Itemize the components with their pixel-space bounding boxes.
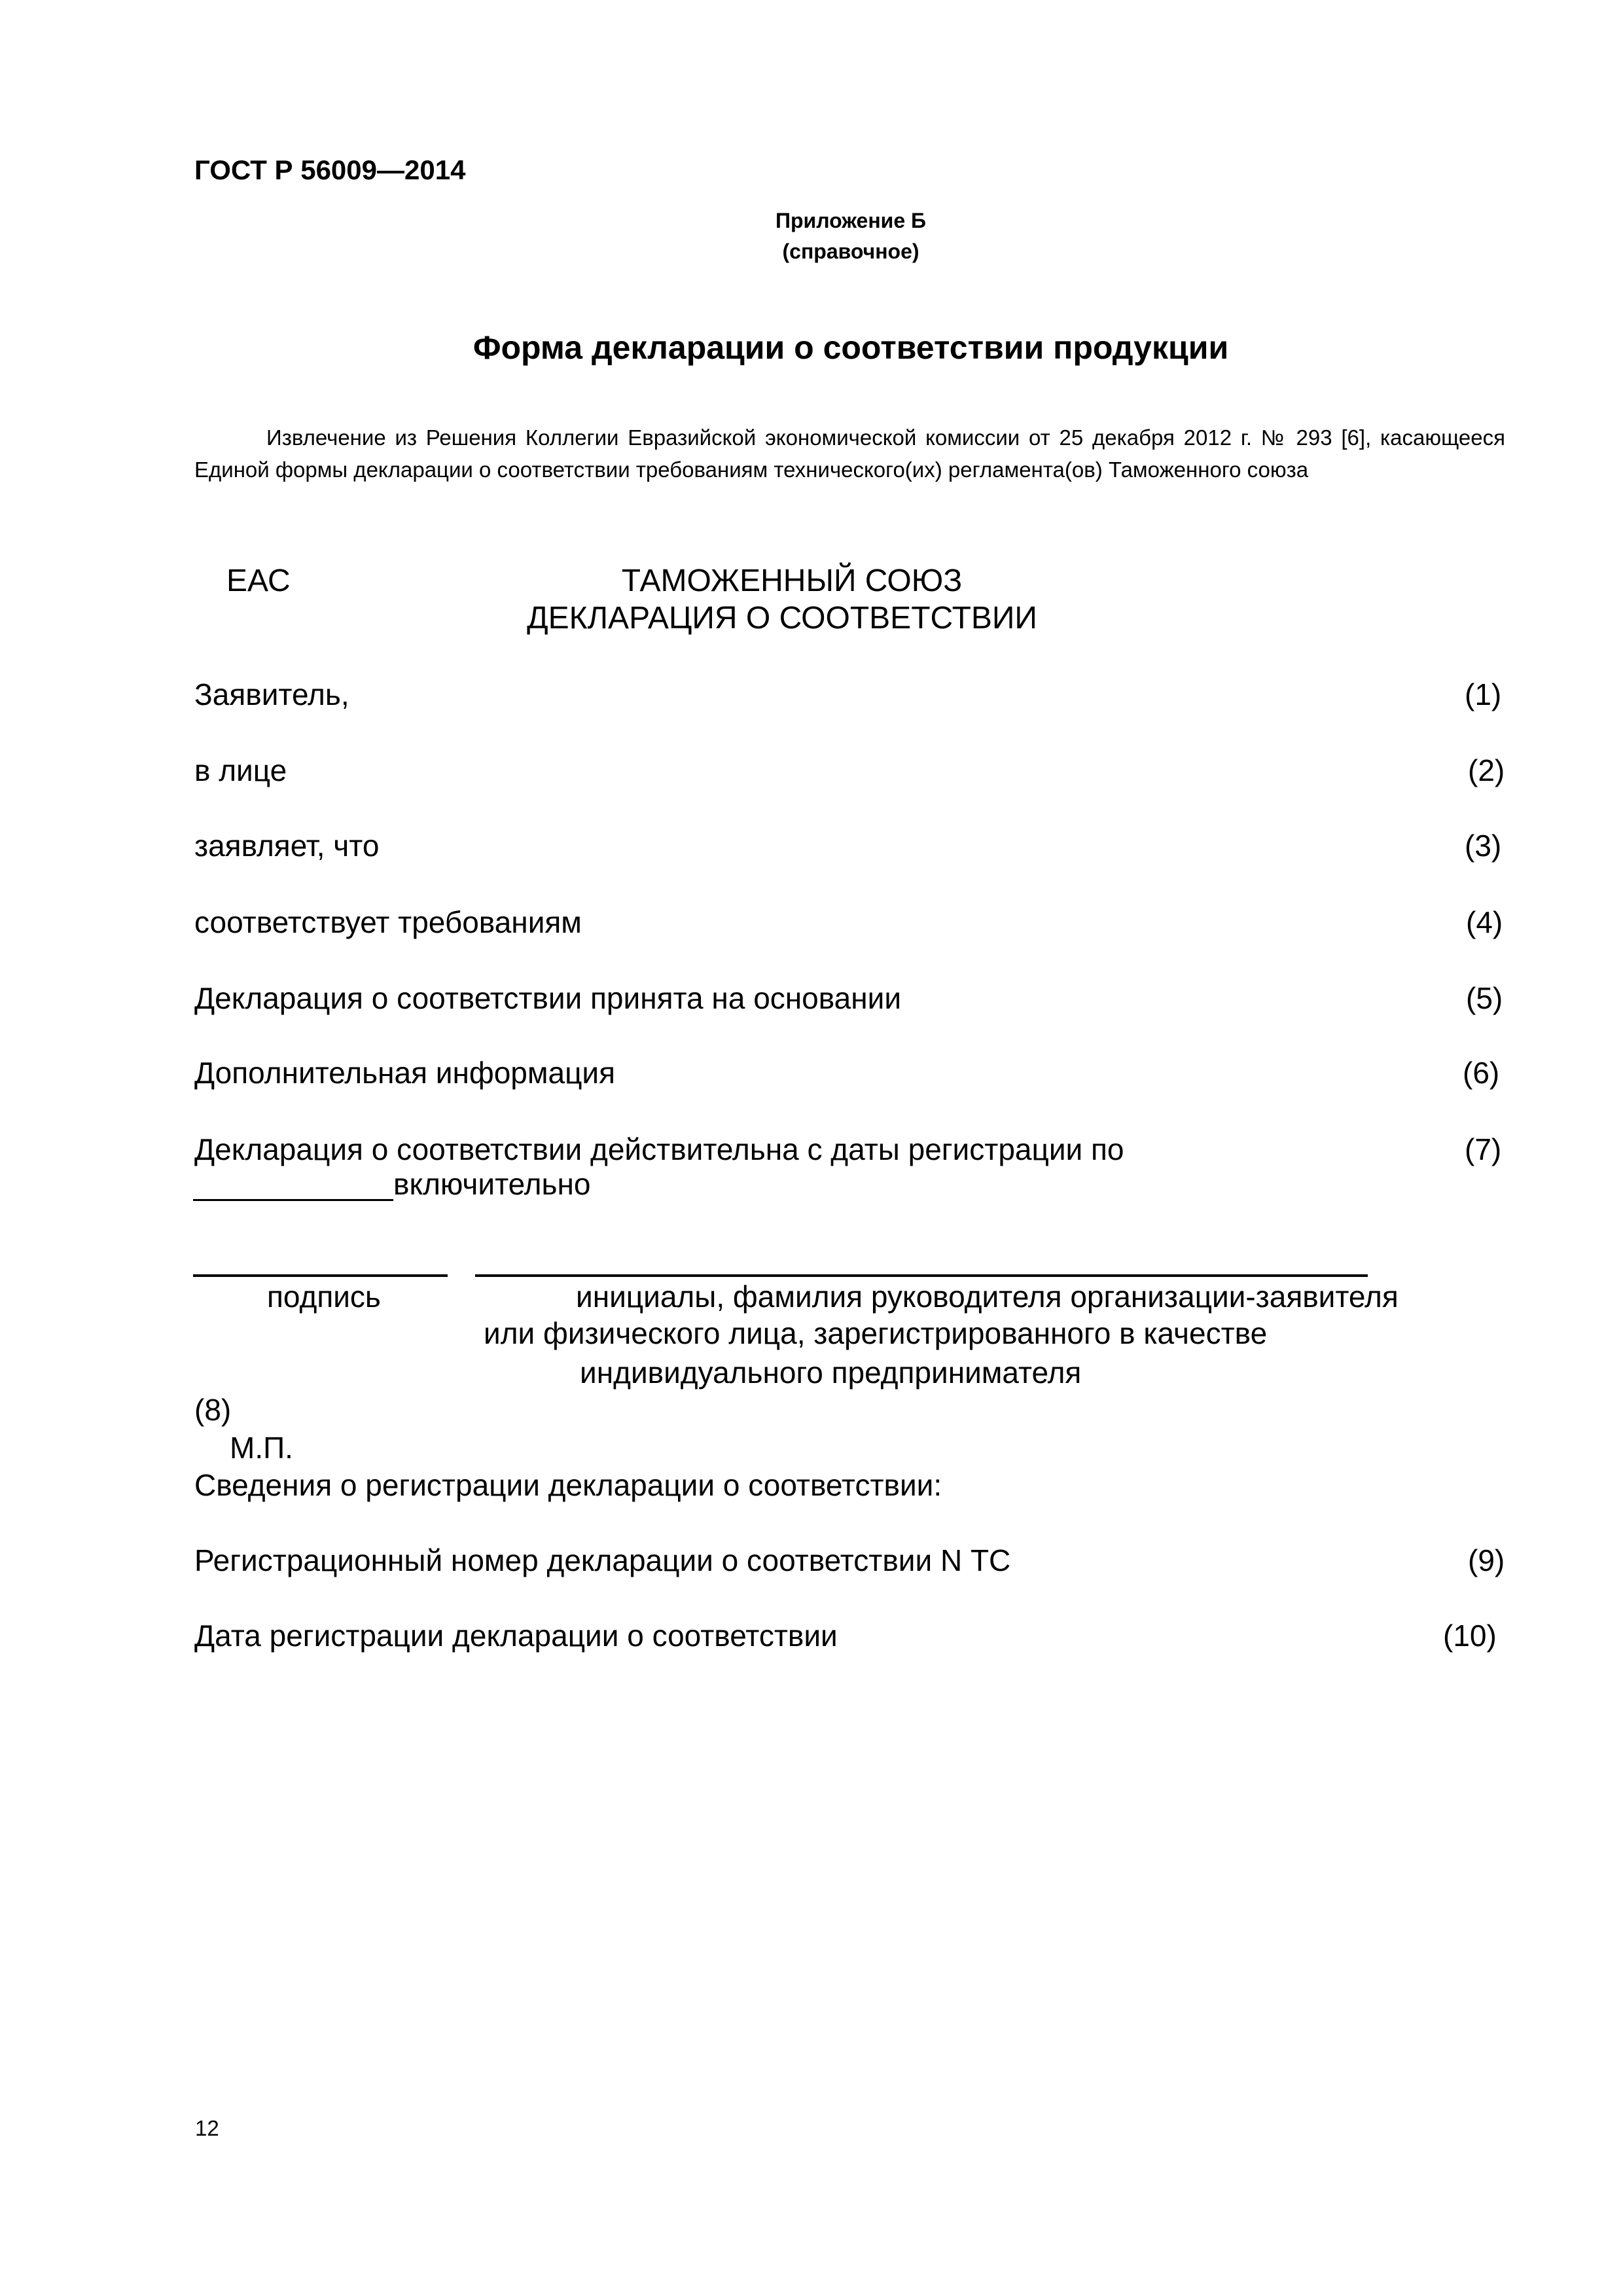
- field-label-registration-number: Регистрационный номер декларации о соотв…: [194, 1545, 1010, 1575]
- declaration-heading: ДЕКЛАРАЦИЯ О СООТВЕТСТВИИ: [0, 603, 1564, 634]
- name-line: [475, 1274, 1368, 1277]
- intro-paragraph: Извлечение из Решения Коллегии Евразийск…: [194, 422, 1505, 486]
- appendix-label: Приложение Б: [0, 210, 1623, 231]
- field-label-conforms: соответствует требованиям: [194, 907, 582, 937]
- field-number-4: (4): [1466, 907, 1503, 937]
- validity-date-blank: [193, 1199, 393, 1201]
- field-label-represented-by: в лице: [194, 755, 287, 785]
- field-number-8: (8): [194, 1395, 231, 1425]
- field-label-registration-date: Дата регистрации декларации о соответств…: [194, 1621, 838, 1651]
- field-number-6: (6): [1463, 1058, 1499, 1088]
- stamp-placeholder: М.П.: [230, 1433, 293, 1463]
- field-label-additional-info: Дополнительная информация: [194, 1058, 615, 1088]
- signature-line: [193, 1274, 448, 1277]
- registration-heading: Сведения о регистрации декларации о соот…: [194, 1470, 942, 1500]
- page-title: Форма декларации о соответствии продукци…: [0, 331, 1623, 364]
- field-label-declares: заявляет, что: [194, 831, 379, 861]
- signature-caption: подпись: [267, 1282, 381, 1312]
- field-continuation-inclusive: включительно: [393, 1169, 590, 1199]
- page-number: 12: [195, 2117, 219, 2139]
- field-label-basis: Декларация о соответствии принята на осн…: [194, 983, 901, 1013]
- field-number-9: (9): [1468, 1545, 1505, 1575]
- field-number-7: (7): [1465, 1134, 1501, 1164]
- field-label-validity: Декларация о соответствии действительна …: [194, 1134, 1124, 1164]
- standard-code-header: ГОСТ Р 56009—2014: [194, 156, 465, 184]
- field-number-3: (3): [1465, 831, 1501, 861]
- field-number-10: (10): [1443, 1621, 1497, 1651]
- field-number-1: (1): [1465, 679, 1501, 709]
- name-caption-line-1: инициалы, фамилия руководителя организац…: [576, 1282, 1399, 1312]
- name-caption-line-2: или физического лица, зарегистрированног…: [484, 1318, 1267, 1348]
- customs-union-heading: ТАМОЖЕННЫЙ СОЮЗ: [0, 565, 1584, 597]
- field-number-2: (2): [1468, 755, 1505, 785]
- field-number-5: (5): [1466, 983, 1503, 1013]
- name-caption-line-3: индивидуального предпринимателя: [580, 1357, 1081, 1388]
- appendix-kind: (справочное): [0, 241, 1623, 262]
- field-label-applicant: Заявитель,: [194, 679, 349, 709]
